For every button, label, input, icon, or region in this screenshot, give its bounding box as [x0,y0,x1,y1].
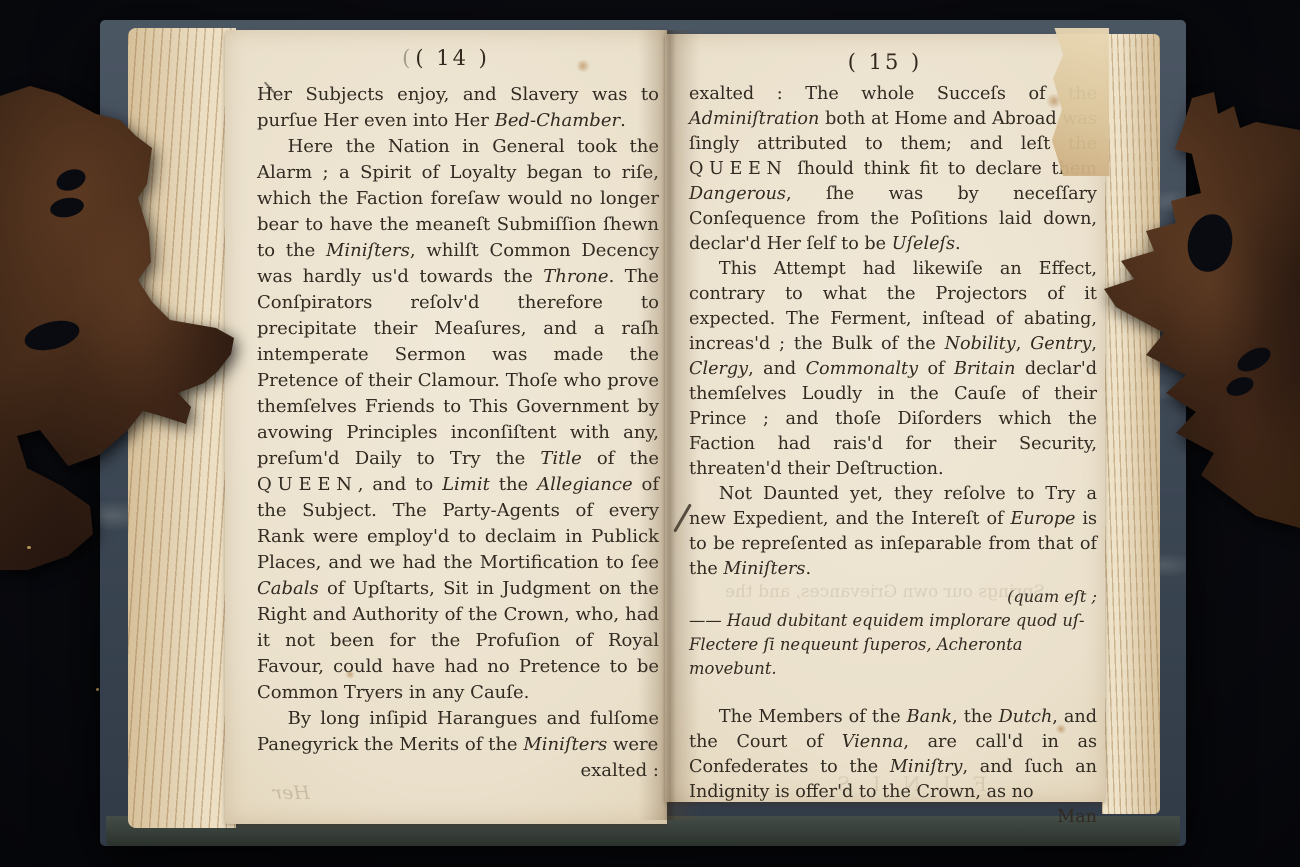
text-block: The Members of the Bank, the Dutch, and … [689,705,1097,805]
text-block: Her Subjects enjoy, and Slavery was to p… [257,82,659,134]
clasp-hole [1224,374,1256,400]
page-15-number: ( 15 ) [665,50,1105,74]
clasp-hole [49,195,86,220]
dust-speck [96,688,99,691]
photo-scene: (( 14 ) Her Subjects enjoy, and Slavery … [0,0,1300,867]
text-block: Here the Nation in General took the Alar… [257,134,659,706]
showthrough-paren: ( [402,46,413,70]
text-block: Flectere ſi nequeunt ſuperos, Acheronta … [689,633,1097,681]
page-14-number-text: ( 14 ) [415,46,489,70]
page-15-text: exalted : The whole Succeſs of the Admin… [689,82,1097,830]
bronze-clasp-right [1104,92,1300,528]
text-block: Man [689,805,1097,830]
page-14-text: Her Subjects enjoy, and Slavery was to p… [257,82,659,784]
text-block: exalted : The whole Succeſs of the Admin… [689,82,1097,257]
open-book: (( 14 ) Her Subjects enjoy, and Slavery … [100,20,1186,846]
page-14-number: (( 14 ) [225,46,667,70]
clasp-hole [53,165,88,194]
foxing-spot [575,60,591,72]
page-15: ( 15 ) exalted : The whole Succeſs of th… [665,34,1105,802]
text-block: This Attempt had likewiſe an Effect, con… [689,257,1097,482]
foxing-spot [345,670,355,679]
bronze-clasp-left-metal [0,84,252,570]
foxing-spot [1055,724,1067,734]
page-15-number-text: ( 15 ) [848,50,922,74]
page-14: (( 14 ) Her Subjects enjoy, and Slavery … [225,30,667,824]
clasp-hole [22,316,83,356]
clasp-hole [1182,210,1237,276]
text-block: Not Daunted yet, they reſolve to Try a n… [689,482,1097,582]
text-block: exalted : [257,758,659,784]
showthrough-catchword: Her [273,782,310,804]
dust-speck [27,546,31,549]
text-block: By long inſipid Harangues and fulſome Pa… [257,706,659,758]
bronze-clasp-right-metal [1104,92,1300,528]
text-block: (quam eſt ; [689,584,1097,609]
bronze-clasp-left [0,84,252,570]
text-block: —— Haud dubitant equidem implorare quod … [689,609,1097,633]
clasp-hole [1234,343,1275,377]
